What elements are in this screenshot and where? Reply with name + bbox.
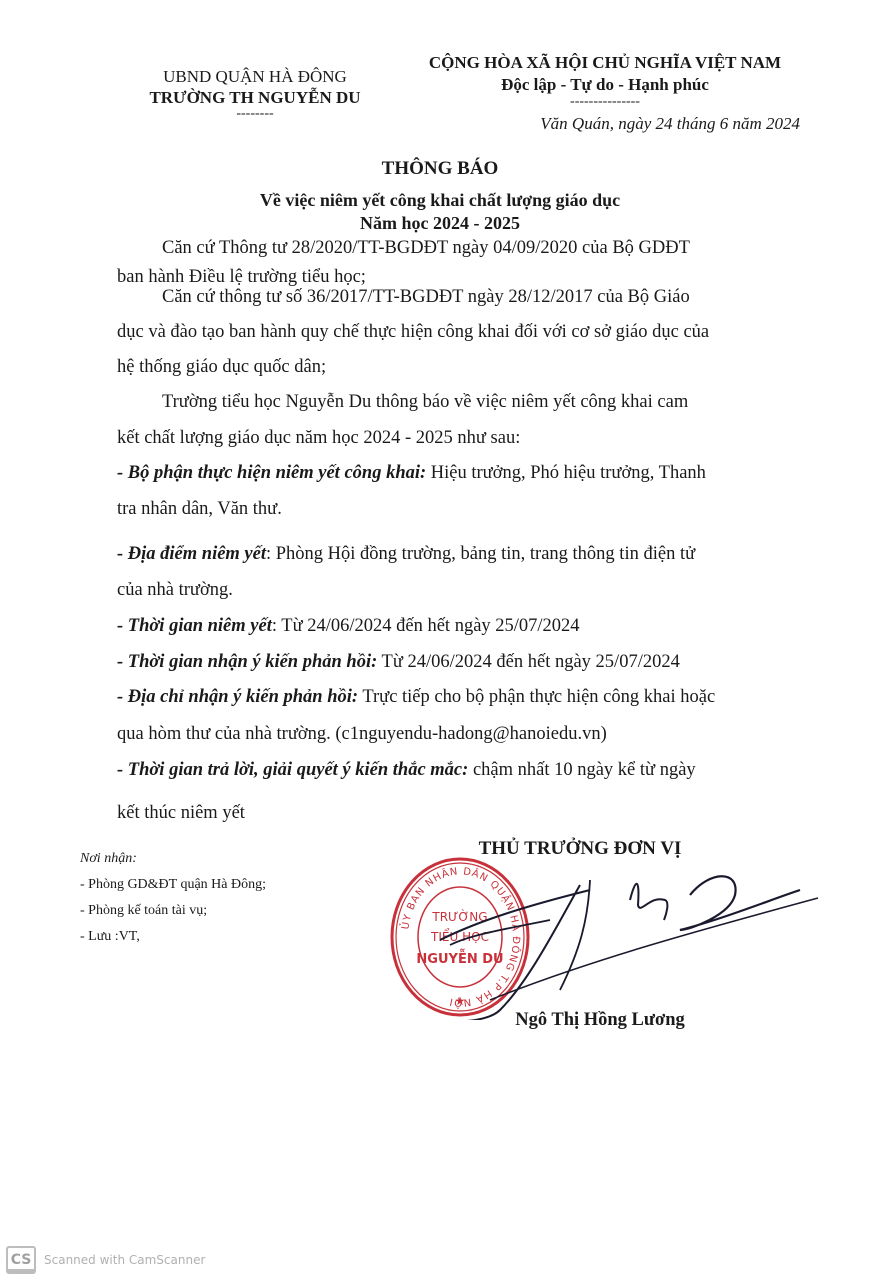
recipient-item: - Lưu :VT,	[80, 924, 266, 950]
item-label: - Địa điểm niêm yết	[117, 544, 266, 564]
paragraph-line: Căn cứ Thông tư 28/2020/TT-BGDĐT ngày 04…	[162, 238, 690, 259]
item-continuation: tra nhân dân, Văn thư.	[117, 499, 282, 520]
item-continuation: của nhà trường.	[117, 580, 233, 601]
paragraph-line: hệ thống giáo dục quốc dân;	[117, 357, 326, 378]
item-feedback-address: - Địa chỉ nhận ý kiến phản hồi: Trực tiế…	[117, 687, 715, 708]
item-text: Từ 24/06/2024 đến hết ngày 25/07/2024	[377, 652, 680, 672]
recipients-heading: Nơi nhận:	[80, 846, 266, 872]
item-location: - Địa điểm niêm yết: Phòng Hội đồng trườ…	[117, 544, 695, 565]
item-responsible: - Bộ phận thực hiện niêm yết công khai: …	[117, 463, 706, 484]
item-text: : Phòng Hội đồng trường, bảng tin, trang…	[266, 544, 695, 564]
camscanner-logo-icon: CS	[6, 1246, 36, 1274]
item-label: - Địa chỉ nhận ý kiến phản hồi:	[117, 687, 358, 707]
item-label: - Bộ phận thực hiện niêm yết công khai:	[117, 463, 426, 483]
item-text: chậm nhất 10 ngày kể từ ngày	[468, 760, 695, 780]
item-posting-period: - Thời gian niêm yết: Từ 24/06/2024 đến …	[117, 616, 580, 637]
item-text: : Từ 24/06/2024 đến hết ngày 25/07/2024	[272, 616, 580, 636]
paragraph-line: Trường tiểu học Nguyễn Du thông báo về v…	[162, 392, 688, 413]
watermark-text: Scanned with CamScanner	[44, 1253, 205, 1267]
recipient-item: - Phòng GD&ĐT quận Hà Đông;	[80, 872, 266, 898]
item-label: - Thời gian nhận ý kiến phản hồi:	[117, 652, 377, 672]
item-continuation: kết thúc niêm yết	[117, 803, 245, 824]
item-text: Hiệu trưởng, Phó hiệu trưởng, Thanh	[426, 463, 706, 483]
item-response-time: - Thời gian trả lời, giải quyết ý kiến t…	[117, 760, 696, 781]
recipient-item: - Phòng kế toán tài vụ;	[80, 898, 266, 924]
paragraph-line: ban hành Điều lệ trường tiểu học;	[117, 267, 366, 288]
item-text: Trực tiếp cho bộ phận thực hiện công kha…	[358, 687, 715, 707]
paragraph-line: dục và đào tạo ban hành quy chế thực hiệ…	[117, 322, 709, 343]
item-label: - Thời gian niêm yết	[117, 616, 272, 636]
signature-scribble-icon	[440, 860, 820, 1020]
item-label: - Thời gian trả lời, giải quyết ý kiến t…	[117, 760, 468, 780]
signatory-name: Ngô Thị Hồng Lương	[470, 1010, 730, 1031]
document-body: Căn cứ Thông tư 28/2020/TT-BGDĐT ngày 04…	[117, 0, 797, 830]
item-continuation: qua hòm thư của nhà trường. (c1nguyendu-…	[117, 724, 607, 745]
paragraph-line: kết chất lượng giáo dục năm học 2024 - 2…	[117, 428, 520, 449]
recipients-block: Nơi nhận: - Phòng GD&ĐT quận Hà Đông; - …	[80, 846, 266, 950]
paragraph-line: Căn cứ thông tư số 36/2017/TT-BGDĐT ngày…	[162, 287, 690, 308]
camscanner-watermark: CS Scanned with CamScanner	[6, 1246, 205, 1274]
item-feedback-period: - Thời gian nhận ý kiến phản hồi: Từ 24/…	[117, 652, 680, 673]
